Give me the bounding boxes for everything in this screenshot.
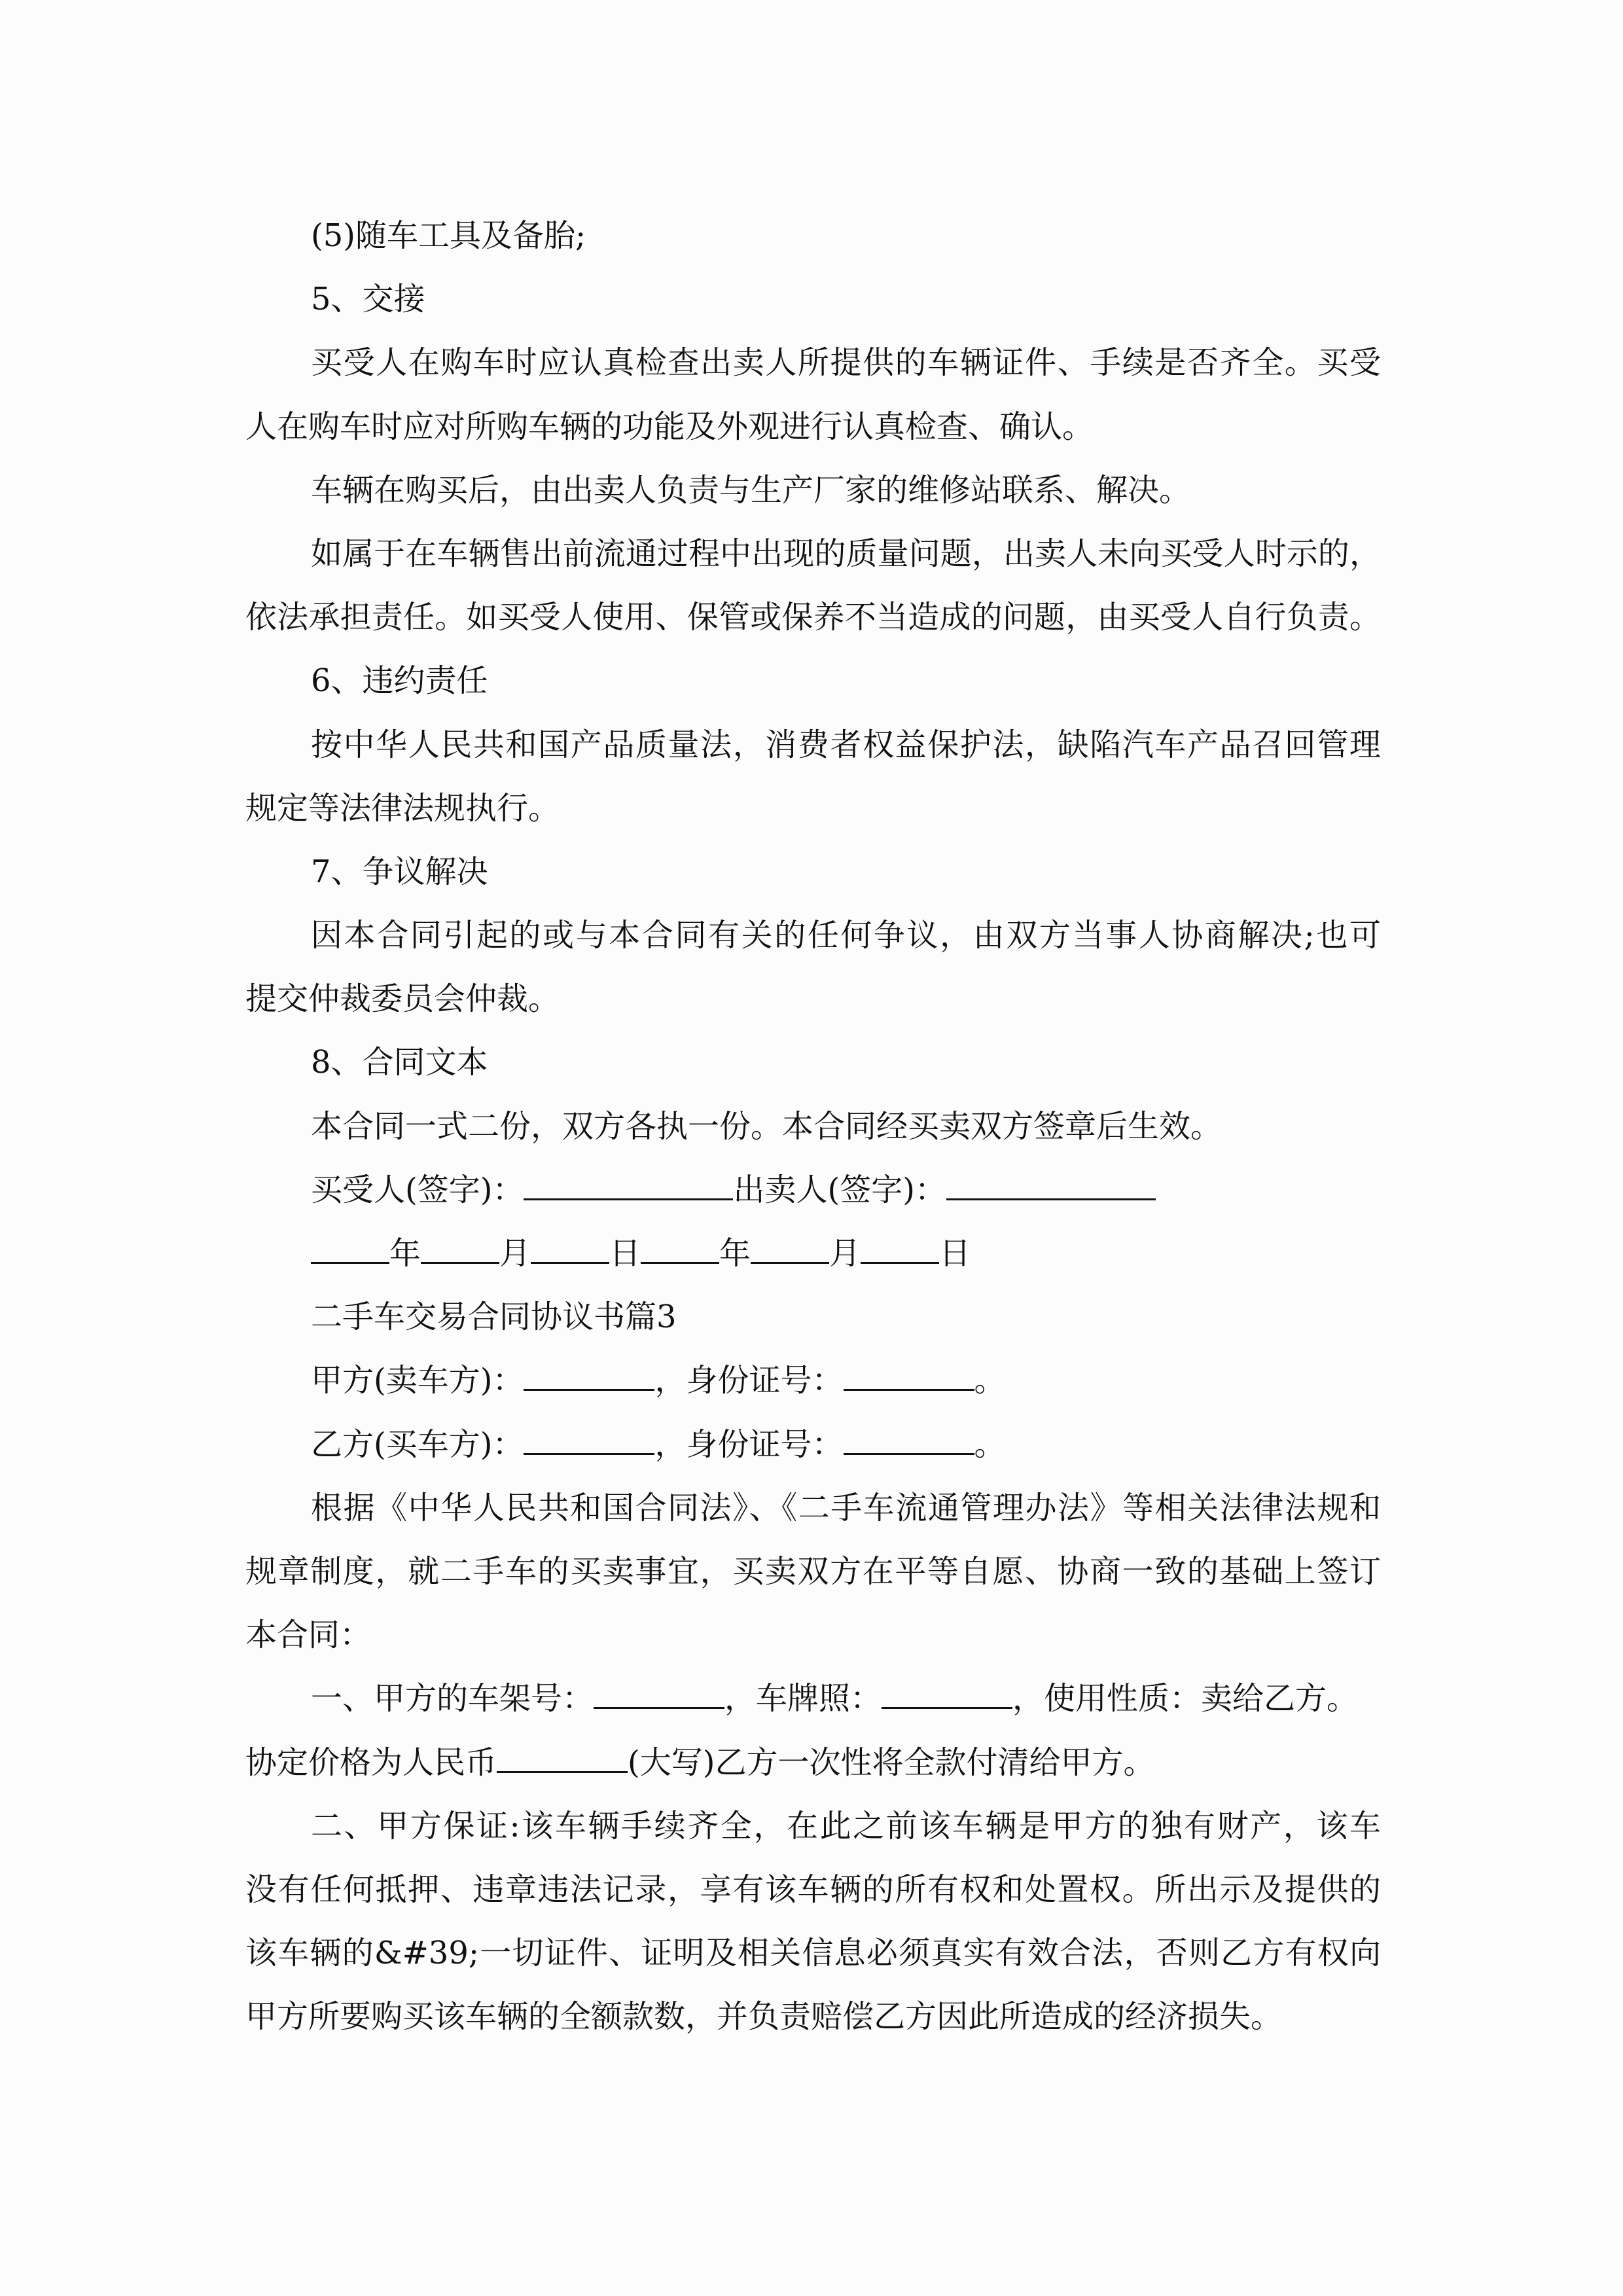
paragraph-text: 因本合同引起的或与本合同有关的任何争议，由双方当事人协商解决;也可: [311, 904, 1381, 967]
section-heading-liability: 6、违约责任: [245, 649, 1381, 713]
section-heading-dispute: 7、争议解决: [245, 840, 1381, 904]
list-item-spare-tools: (5)随车工具及备胎;: [245, 204, 1381, 268]
buyer-day-field[interactable]: [531, 1236, 609, 1264]
buyer-month-field[interactable]: [421, 1236, 499, 1264]
day-label: 日: [939, 1235, 971, 1272]
seller-day-field[interactable]: [861, 1236, 939, 1264]
paragraph-line: 没有任何抵押、违章违法记录，享有该车辆的所有权和处置权。所出示及提供的: [245, 1858, 1381, 1922]
paragraph-line: 甲方所要购买该车辆的全额款数，并负责赔偿乙方因此所造成的经济损失。: [245, 1985, 1381, 2049]
party-a-id-field[interactable]: [844, 1363, 974, 1391]
month-label: 月: [499, 1235, 531, 1272]
paragraph-line: 本合同：: [245, 1604, 1381, 1667]
paragraph-text: 二、甲方保证:该车辆手续齐全，在此之前该车辆是甲方的独有财产，该车: [311, 1795, 1381, 1858]
paragraph-line: 提交仲裁委员会仲裁。: [245, 967, 1381, 1031]
paragraph-text: 该车辆的&#39;一切证件、证明及相关信息必须真实有效合法，否则乙方有权向: [245, 1922, 1381, 1985]
price-row: 协定价格为人民币(大写)乙方一次性将全款付清给甲方。: [245, 1731, 1381, 1795]
section-heading-handover: 5、交接: [245, 268, 1381, 331]
document-page: (5)随车工具及备胎; 5、交接 买受人在购车时应认真检查出卖人所提供的车辆证件…: [245, 204, 1381, 2049]
clause-text: ，车牌照：: [724, 1680, 882, 1717]
paragraph-line: 买受人在购车时应认真检查出卖人所提供的车辆证件、手续是否齐全。买受: [245, 331, 1381, 395]
paragraph-line: 车辆在购买后，由出卖人负责与生产厂家的维修站联系、解决。: [245, 459, 1381, 522]
paragraph-line: 人在购车时应对所购车辆的功能及外观进行认真检查、确认。: [245, 395, 1381, 459]
paragraph-text: 买受人在购车时应认真检查出卖人所提供的车辆证件、手续是否齐全。买受: [311, 331, 1381, 395]
month-label: 月: [829, 1235, 861, 1272]
seller-month-field[interactable]: [751, 1236, 829, 1264]
id-number-label: 身份证号：: [686, 1426, 843, 1463]
period: 。: [974, 1362, 1006, 1399]
date-row: 年月日年月日: [245, 1222, 1381, 1285]
clause-one-row: 一、甲方的车架号：，车牌照：，使用性质：卖给乙方。: [245, 1667, 1381, 1731]
separator: ，: [654, 1426, 686, 1463]
clause-text: (大写)乙方一次性将全款付清给甲方。: [628, 1744, 1154, 1781]
paragraph-line: 规章制度，就二手车的买卖事宜，买卖双方在平等自愿、协商一致的基础上签订: [245, 1540, 1381, 1604]
paragraph-line: 本合同一式二份，双方各执一份。本合同经买卖双方签章后生效。: [245, 1095, 1381, 1158]
paragraph-text: 没有任何抵押、违章违法记录，享有该车辆的所有权和处置权。所出示及提供的: [245, 1858, 1381, 1922]
license-plate-field[interactable]: [882, 1681, 1012, 1709]
paragraph-text: 依法承担责任。如买受人使用、保管或保养不当造成的问题，由买受人自行负责。: [245, 586, 1381, 649]
paragraph-line: 依法承担责任。如买受人使用、保管或保养不当造成的问题，由买受人自行负责。: [245, 586, 1381, 649]
party-b-name-field[interactable]: [524, 1427, 654, 1455]
paragraph-line: 规定等法律法规执行。: [245, 777, 1381, 840]
paragraph-text: 根据《中华人民共和国合同法》、《二手车流通管理办法》等相关法律法规和: [311, 1477, 1381, 1540]
paragraph-text: 如属于在车辆售出前流通过程中出现的质量问题，出卖人未向买受人时示的，: [311, 522, 1381, 586]
separator: ，: [654, 1362, 686, 1399]
buyer-signature-field[interactable]: [524, 1172, 733, 1200]
party-a-label: 甲方(卖车方)：: [311, 1362, 524, 1399]
paragraph-line: 因本合同引起的或与本合同有关的任何争议，由双方当事人协商解决;也可: [245, 904, 1381, 967]
buyer-year-field[interactable]: [311, 1236, 389, 1264]
party-b-row: 乙方(买车方)：，身份证号：。: [245, 1413, 1381, 1477]
year-label: 年: [719, 1235, 751, 1272]
paragraph-line: 按中华人民共和国产品质量法，消费者权益保护法，缺陷汽车产品召回管理: [245, 713, 1381, 777]
vin-field[interactable]: [594, 1681, 724, 1709]
paragraph-line: 二、甲方保证:该车辆手续齐全，在此之前该车辆是甲方的独有财产，该车: [245, 1795, 1381, 1858]
party-b-label: 乙方(买车方)：: [311, 1426, 524, 1463]
period: 。: [974, 1426, 1006, 1463]
paragraph-line: 该车辆的&#39;一切证件、证明及相关信息必须真实有效合法，否则乙方有权向: [245, 1922, 1381, 1985]
paragraph-text: 按中华人民共和国产品质量法，消费者权益保护法，缺陷汽车产品召回管理: [311, 713, 1381, 777]
document-title: 二手车交易合同协议书篇3: [245, 1285, 1381, 1349]
signature-row: 买受人(签字)：出卖人(签字)：: [245, 1158, 1381, 1222]
clause-text: 一、甲方的车架号：: [311, 1680, 594, 1717]
paragraph-line: 如属于在车辆售出前流通过程中出现的质量问题，出卖人未向买受人时示的，: [245, 522, 1381, 586]
id-number-label: 身份证号：: [686, 1362, 843, 1399]
year-label: 年: [389, 1235, 421, 1272]
section-heading-contract-text: 8、合同文本: [245, 1031, 1381, 1094]
price-field[interactable]: [497, 1745, 628, 1773]
party-a-row: 甲方(卖车方)：，身份证号：。: [245, 1349, 1381, 1412]
clause-text: 协定价格为人民币: [245, 1744, 497, 1781]
paragraph-line: 根据《中华人民共和国合同法》、《二手车流通管理办法》等相关法律法规和: [245, 1477, 1381, 1540]
clause-text: ，使用性质：卖给乙方。: [1012, 1680, 1358, 1717]
day-label: 日: [609, 1235, 641, 1272]
seller-signature-field[interactable]: [946, 1172, 1156, 1200]
buyer-signature-label: 买受人(签字)：: [311, 1172, 524, 1208]
seller-signature-label: 出卖人(签字)：: [733, 1172, 946, 1208]
party-b-id-field[interactable]: [844, 1427, 974, 1455]
party-a-name-field[interactable]: [524, 1363, 654, 1391]
seller-year-field[interactable]: [641, 1236, 719, 1264]
paragraph-text: 规章制度，就二手车的买卖事宜，买卖双方在平等自愿、协商一致的基础上签订: [245, 1540, 1381, 1604]
